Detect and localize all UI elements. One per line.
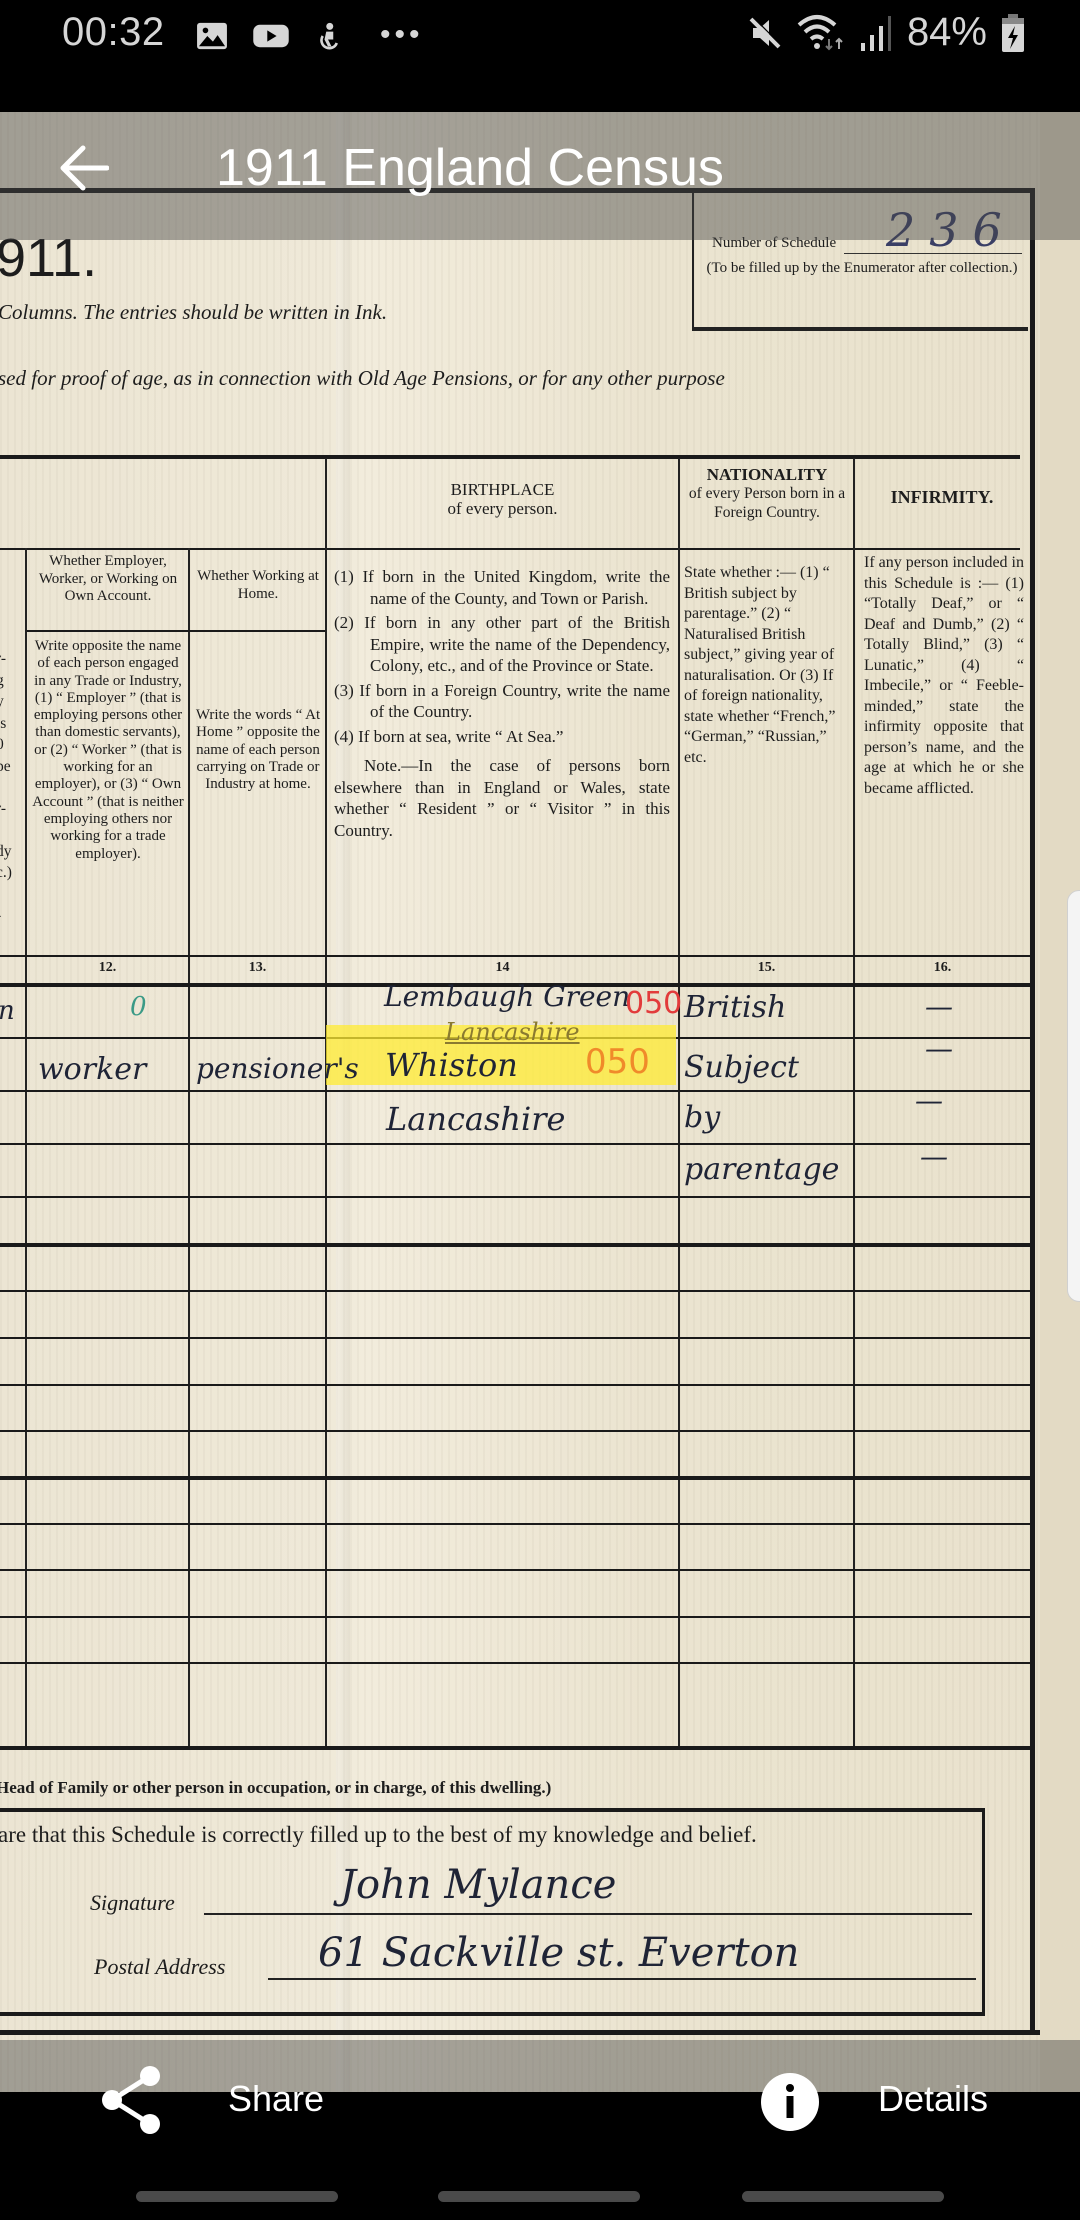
nationality-header: NATIONALITY of every Person born in a Fo… bbox=[682, 465, 852, 522]
page-title: 1911 England Census bbox=[216, 128, 724, 208]
col-divider-12-13 bbox=[188, 548, 190, 1748]
fragment-gap bbox=[0, 820, 24, 841]
nav-home[interactable] bbox=[438, 2191, 640, 2202]
col13-instructions: Write the words “ At Home ” opposite the… bbox=[192, 707, 324, 793]
signature-line bbox=[204, 1913, 972, 1915]
entry-nationality-1: British bbox=[684, 990, 786, 1025]
nationality-subtitle: of every Person born in a Foreign Countr… bbox=[682, 484, 852, 522]
share-label: Share bbox=[228, 2078, 324, 2120]
birthplace-header: BIRTHPLACE of every person. bbox=[327, 480, 678, 518]
col14-instruction-3: (3) If born in a Foreign Country, write … bbox=[334, 680, 670, 723]
details-label: Details bbox=[878, 2078, 988, 2120]
battery-charging-icon bbox=[1001, 14, 1025, 52]
fragment-line: - bbox=[0, 905, 24, 927]
row-group-rule bbox=[0, 1476, 1030, 1480]
col-divider-15-16 bbox=[853, 458, 855, 1748]
fragment-line: is bbox=[0, 713, 24, 735]
row-rule bbox=[0, 1523, 1030, 1525]
outer-border bbox=[1030, 188, 1035, 2030]
declaration-text: are that this Schedule is correctly fill… bbox=[0, 1822, 757, 1848]
entry-infirmity-4: — bbox=[920, 1140, 948, 1173]
birthplace-subtitle: of every person. bbox=[327, 499, 678, 518]
status-right: 84% bbox=[747, 10, 1025, 55]
document-bottom-rule bbox=[0, 2030, 1040, 2035]
signature-value: John Mylance bbox=[340, 1862, 616, 1908]
signal-icon bbox=[859, 13, 893, 53]
fragment-line: 0 bbox=[0, 734, 24, 756]
fragment-gap bbox=[0, 884, 24, 905]
col12-instructions: Write opposite the name of each person e… bbox=[30, 638, 186, 863]
row-rule bbox=[0, 1090, 1030, 1092]
entry-nationality-2: Subject bbox=[684, 1050, 799, 1085]
col13-number: 13. bbox=[190, 960, 325, 976]
address-label: Postal Address bbox=[94, 1954, 225, 1980]
fragment-line: r- bbox=[0, 648, 24, 670]
row-rule bbox=[0, 1337, 1030, 1339]
address-value: 61 Sackville st. Everton bbox=[318, 1930, 799, 1976]
youtube-icon bbox=[251, 22, 291, 50]
entry-birthplace-county-1: Lancashire bbox=[445, 1018, 580, 1046]
col14-instruction-2: (2) If born in any other part of the Bri… bbox=[334, 612, 670, 677]
fast-scroll-handle[interactable] bbox=[1067, 890, 1080, 1302]
nav-back[interactable] bbox=[742, 2191, 944, 2202]
birthplace-title: BIRTHPLACE bbox=[327, 480, 678, 499]
row-rule bbox=[0, 1384, 1030, 1386]
back-button[interactable] bbox=[44, 128, 124, 208]
info-icon bbox=[760, 2072, 820, 2132]
table-bottom-rule bbox=[0, 1746, 1030, 1750]
signature-label: Signature bbox=[90, 1890, 175, 1916]
more-notifications-icon: ••• bbox=[380, 18, 424, 52]
declaration-heading: Head of Family or other person in occupa… bbox=[0, 1778, 551, 1798]
row-rule bbox=[0, 1143, 1030, 1145]
row-group-rule bbox=[0, 1243, 1030, 1247]
table-top-rule bbox=[0, 455, 1020, 459]
arrow-left-icon bbox=[59, 145, 109, 191]
entry-infirmity-2: — bbox=[925, 1032, 953, 1065]
ink-instruction: Columns. The entries should be written i… bbox=[0, 300, 387, 325]
number-row-top-rule bbox=[0, 955, 1030, 957]
row-rule bbox=[0, 1569, 1030, 1571]
header-rule bbox=[0, 548, 1020, 550]
battery-percent: 84% bbox=[907, 10, 987, 55]
row-rule bbox=[0, 1662, 1030, 1664]
left-column-fragment: r- g y is 0 pe r- dy c.) - bbox=[0, 648, 24, 926]
col14-instructions: (1) If born in the United Kingdom, write… bbox=[334, 566, 670, 841]
address-line bbox=[268, 1978, 976, 1980]
entry-infirmity-3: — bbox=[915, 1084, 943, 1117]
mute-icon bbox=[747, 15, 783, 51]
col12-number: 12. bbox=[27, 960, 188, 976]
status-time: 00:32 bbox=[62, 10, 165, 55]
entry-col12-code: 0 bbox=[130, 992, 147, 1022]
infirmity-header: INFIRMITY. bbox=[856, 487, 1028, 508]
entry-birthplace-county-2: Lancashire bbox=[386, 1100, 565, 1138]
entry-birthplace-code-2: 050 bbox=[585, 1042, 650, 1082]
proof-of-age-instruction: sed for proof of age, as in connection w… bbox=[0, 366, 725, 391]
row-rule bbox=[0, 1196, 1030, 1198]
col15-number: 15. bbox=[680, 960, 853, 976]
row-rule bbox=[0, 1290, 1030, 1292]
col13-title: Whether Working at Home. bbox=[192, 568, 324, 603]
status-bar: 00:32 ••• 8 bbox=[0, 0, 1080, 112]
wifi-icon bbox=[797, 13, 845, 53]
fragment-line: dy bbox=[0, 841, 24, 863]
fragment-line: pe bbox=[0, 756, 24, 778]
share-icon bbox=[98, 2064, 164, 2136]
nav-recent-apps[interactable] bbox=[136, 2191, 338, 2202]
entry-left-fragment: n bbox=[0, 996, 15, 1026]
entry-infirmity-1: — bbox=[925, 990, 953, 1023]
col16-instructions: If any person included in this Schedule … bbox=[864, 553, 1024, 799]
col-divider-11-12 bbox=[25, 548, 27, 1748]
col16-number: 16. bbox=[855, 960, 1030, 976]
col14-instruction-1: (1) If born in the United Kingdom, write… bbox=[334, 566, 670, 609]
entry-birthplace-code-1: 050 bbox=[625, 986, 682, 1021]
col12-13-subheader-rule bbox=[27, 630, 325, 632]
fragment-line: y bbox=[0, 691, 24, 713]
entry-birthplace-2: Whiston bbox=[385, 1046, 518, 1084]
col-divider-14-15 bbox=[678, 458, 680, 1748]
entry-nationality-3: by bbox=[684, 1100, 720, 1135]
nationality-title: NATIONALITY bbox=[682, 465, 852, 484]
fragment-line: g bbox=[0, 670, 24, 692]
fragment-gap bbox=[0, 777, 24, 798]
col14-instruction-4: (4) If born at sea, write “ At Sea.” bbox=[334, 726, 670, 748]
row-rule bbox=[0, 1616, 1030, 1618]
col-divider-13-14 bbox=[325, 458, 327, 1748]
col15-instructions: State whether :— (1) “ British subject b… bbox=[684, 563, 850, 768]
entry-nationality-4: parentage bbox=[684, 1152, 839, 1187]
details-button[interactable]: Details bbox=[760, 2060, 1010, 2140]
fragment-line: r- bbox=[0, 798, 24, 820]
accessibility-icon bbox=[313, 22, 343, 50]
gallery-icon bbox=[195, 22, 229, 50]
col14-number: 14 bbox=[327, 960, 678, 976]
col12-title: Whether Employer, Worker, or Working on … bbox=[30, 553, 186, 606]
entry-birthplace-1: Lembaugh Green bbox=[384, 980, 630, 1013]
row-rule bbox=[0, 1430, 1030, 1432]
schedule-note: (To be filled up by the Enumerator after… bbox=[702, 259, 1022, 277]
col14-note: Note.—In the case of persons born elsewh… bbox=[334, 755, 670, 841]
fragment-line: c.) bbox=[0, 862, 24, 884]
share-button[interactable]: Share bbox=[90, 2060, 330, 2140]
entry-col12-worker: worker bbox=[38, 1052, 146, 1087]
entry-col13-pensioner: pensioner's bbox=[196, 1052, 359, 1085]
